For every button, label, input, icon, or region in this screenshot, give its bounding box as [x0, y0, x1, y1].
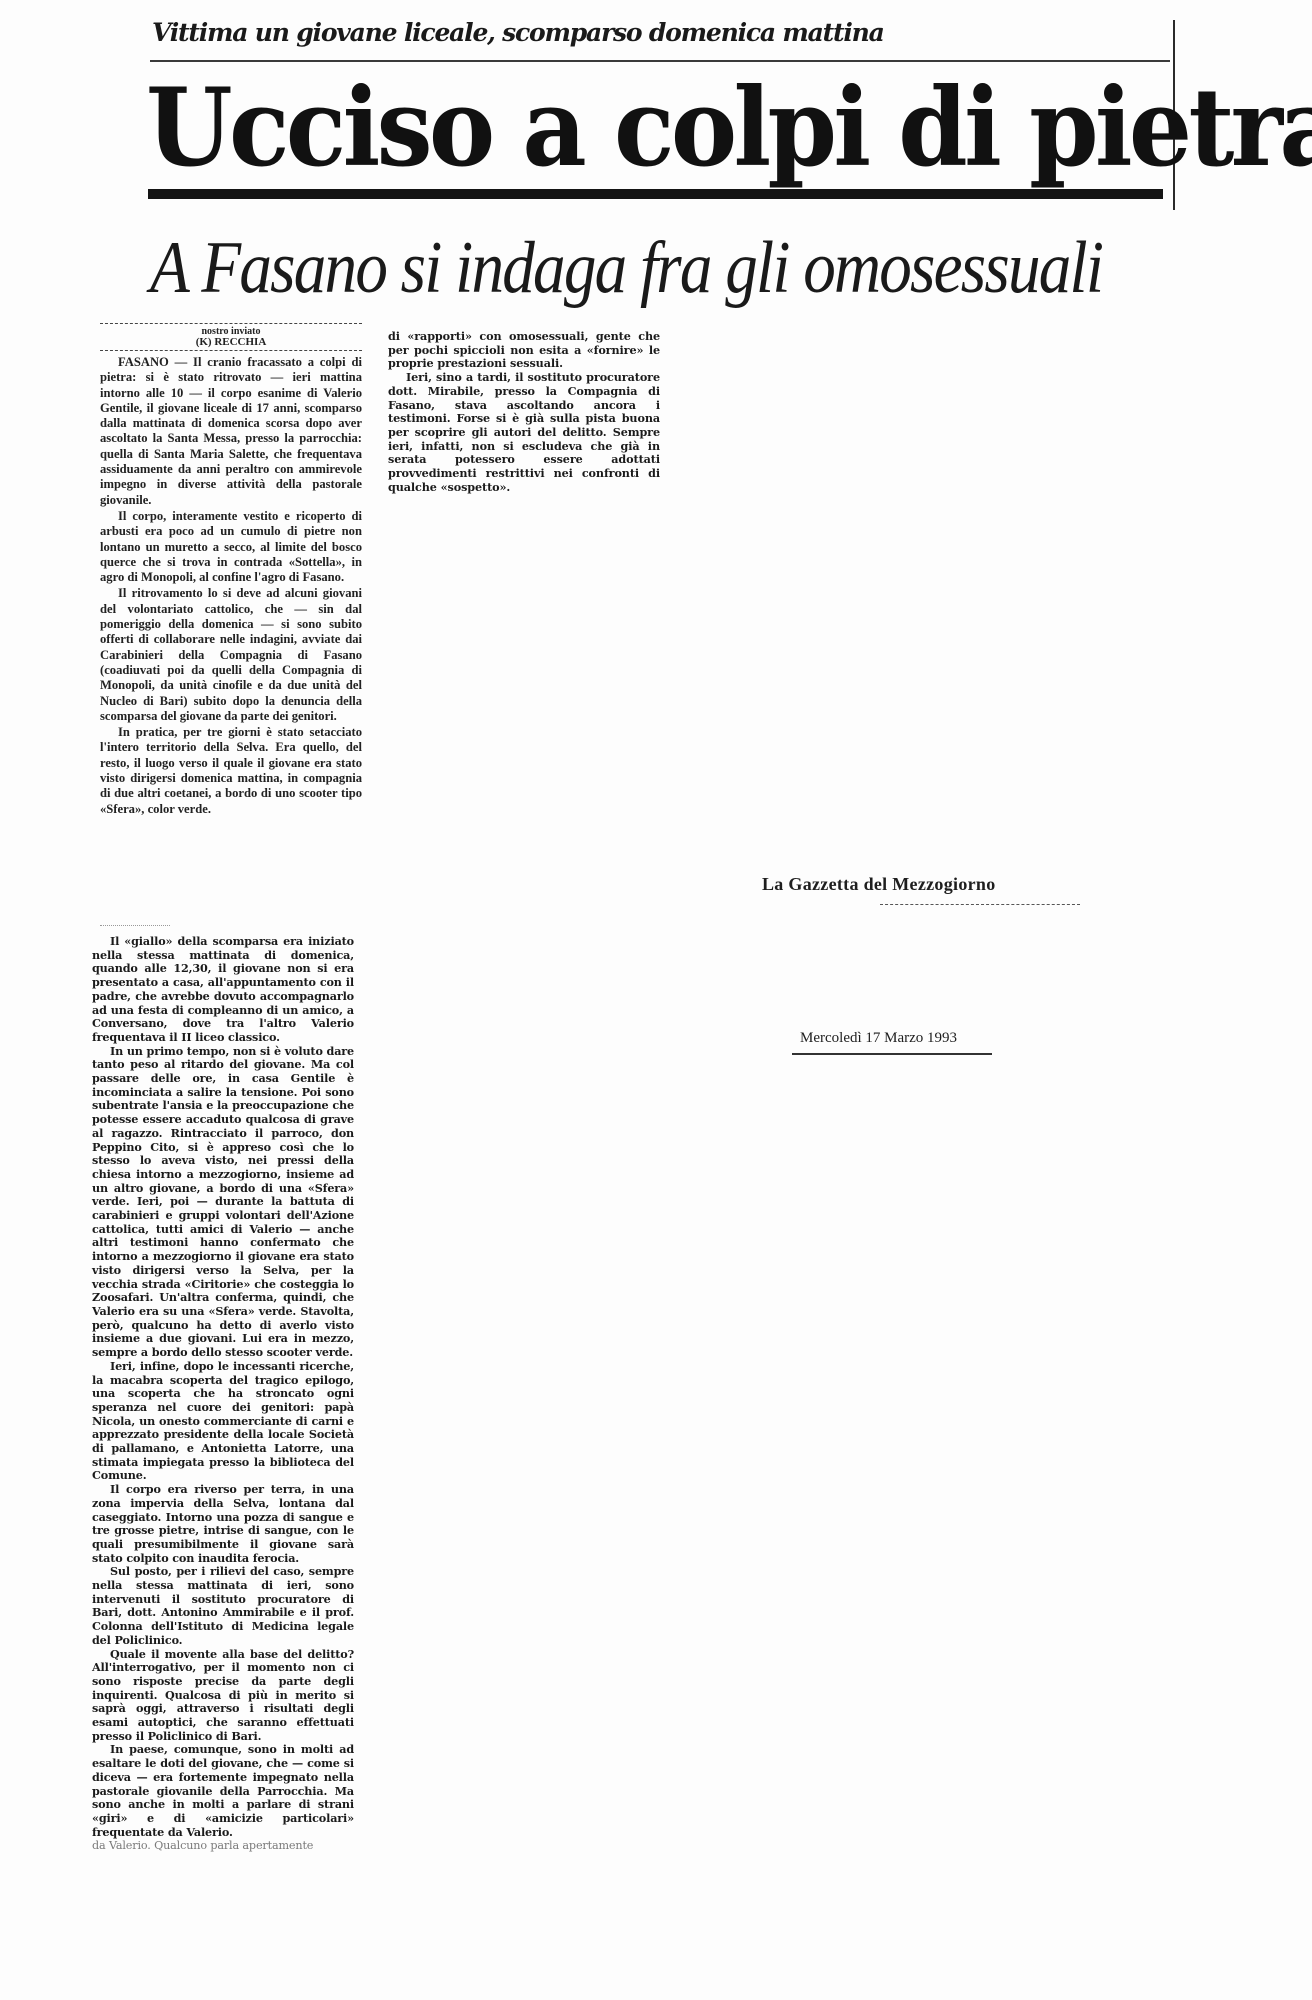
headline: Ucciso a colpi di pietra	[146, 72, 1312, 184]
paragraph: Ieri, infine, dopo le incessanti ricerch…	[92, 1360, 354, 1483]
newspaper-clipping: Vittima un giovane liceale, scomparso do…	[0, 0, 1312, 2000]
subhead: A Fasano si indaga fra gli omosessuali	[150, 228, 1102, 308]
paragraph: di «rapporti» con omosessuali, gente che…	[388, 330, 660, 371]
paragraph: Sul posto, per i rilievi del caso, sempr…	[92, 1565, 354, 1647]
kicker-rule	[150, 60, 1170, 62]
paragraph: Il corpo era riverso per terra, in una z…	[92, 1483, 354, 1565]
paragraph: Il ritrovamento lo si deve ad alcuni gio…	[100, 586, 362, 724]
cut-off-line: da Valerio. Qualcuno parla apertamente	[92, 1839, 354, 1853]
column-separator	[100, 925, 170, 927]
paragraph: Il corpo, interamente vestito e ricopert…	[100, 509, 362, 585]
publication-date: Mercoledì 17 Marzo 1993	[800, 1030, 957, 1047]
column-1-top: FASANO — Il cranio fracassato a colpi di…	[100, 355, 362, 818]
newspaper-name: La Gazzetta del Mezzogiorno	[762, 874, 996, 895]
date-rule	[792, 1053, 992, 1055]
paragraph: Quale il movente alla base del delitto? …	[92, 1648, 354, 1744]
column-2: di «rapporti» con omosessuali, gente che…	[388, 330, 660, 494]
kicker: Vittima un giovane liceale, scomparso do…	[152, 18, 884, 47]
paragraph: Il «giallo» della scomparsa era iniziato…	[92, 935, 354, 1045]
newspaper-rule	[880, 904, 1080, 906]
headline-rule	[148, 189, 1163, 199]
paragraph: In paese, comunque, sono in molti ad esa…	[92, 1743, 354, 1839]
paragraph: In pratica, per tre giorni è stato setac…	[100, 725, 362, 817]
paragraph: FASANO — Il cranio fracassato a colpi di…	[100, 355, 362, 508]
byline: nostro inviato (K) RECCHIA	[100, 323, 362, 351]
byline-author: (K) RECCHIA	[100, 337, 362, 348]
paragraph: Ieri, sino a tardi, il sostituto procura…	[388, 371, 660, 494]
column-1-bottom: Il «giallo» della scomparsa era iniziato…	[92, 935, 354, 1853]
paragraph: In un primo tempo, non si è voluto dare …	[92, 1045, 354, 1360]
